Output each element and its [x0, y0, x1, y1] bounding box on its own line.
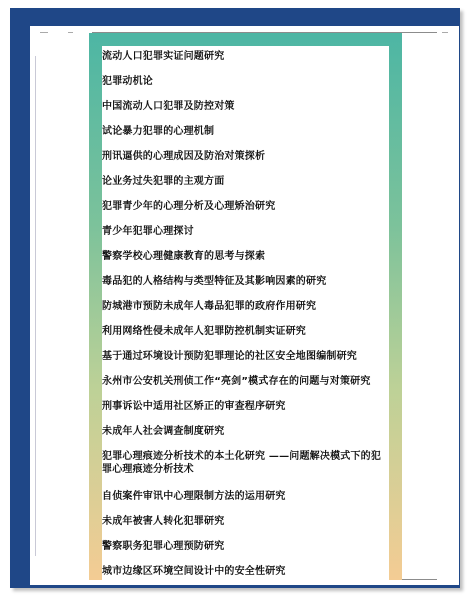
list-item: 未成年被害人转化犯罪研究 [102, 515, 389, 528]
list-item: 青少年犯罪心理探讨 [102, 225, 389, 238]
list-item: 刑事诉讼中适用社区矫正的审查程序研究 [102, 400, 389, 413]
corner-mark [442, 32, 448, 33]
list-item: 防城港市预防未成年人毒品犯罪的政府作用研究 [102, 300, 389, 313]
list-item: 警察职务犯罪心理预防研究 [102, 540, 389, 553]
list-item: 毒品犯的人格结构与类型特征及其影响因素的研究 [102, 275, 389, 288]
corner-mark [40, 32, 48, 33]
list-item: 犯罪心理痕迹分析技术的本土化研究 ——问题解决模式下的犯罪心理痕迹分析技术 [102, 450, 389, 476]
list-item: 城市边缘区环境空间设计中的安全性研究 [102, 565, 389, 578]
page: 流动人口犯罪实证问题研究 犯罪动机论 中国流动人口犯罪及防控对策 试论暴力犯罪的… [30, 26, 459, 585]
list-item: 警察学校心理健康教育的思考与探索 [102, 250, 389, 263]
list-item: 未成年人社会调查制度研究 [102, 425, 389, 438]
list-item: 试论暴力犯罪的心理机制 [102, 125, 389, 138]
list-item: 犯罪青少年的心理分析及心理矫治研究 [102, 200, 389, 213]
corner-mark [68, 32, 73, 33]
document-frame: 流动人口犯罪实证问题研究 犯罪动机论 中国流动人口犯罪及防控对策 试论暴力犯罪的… [10, 8, 460, 588]
margin-line [35, 56, 36, 556]
list-item: 论业务过失犯罪的主观方面 [102, 175, 389, 188]
list-item: 利用网络性侵未成年人犯罪防控机制实证研究 [102, 325, 389, 338]
list-item: 中国流动人口犯罪及防控对策 [102, 100, 389, 113]
list-item: 自侦案件审讯中心理限制方法的运用研究 [102, 490, 389, 503]
gradient-panel: 流动人口犯罪实证问题研究 犯罪动机论 中国流动人口犯罪及防控对策 试论暴力犯罪的… [89, 33, 402, 580]
list-item: 永州市公安机关刑侦工作“亮剑”模式存在的问题与对策研究 [102, 375, 389, 388]
list-item: 犯罪动机论 [102, 75, 389, 88]
list-item: 流动人口犯罪实证问题研究 [102, 50, 389, 63]
list-item: 基于通过环境设计预防犯罪理论的社区安全地图编制研究 [102, 350, 389, 363]
list-item: 刑讯逼供的心理成因及防治对策探析 [102, 150, 389, 163]
title-list-container: 流动人口犯罪实证问题研究 犯罪动机论 中国流动人口犯罪及防控对策 试论暴力犯罪的… [102, 46, 389, 580]
